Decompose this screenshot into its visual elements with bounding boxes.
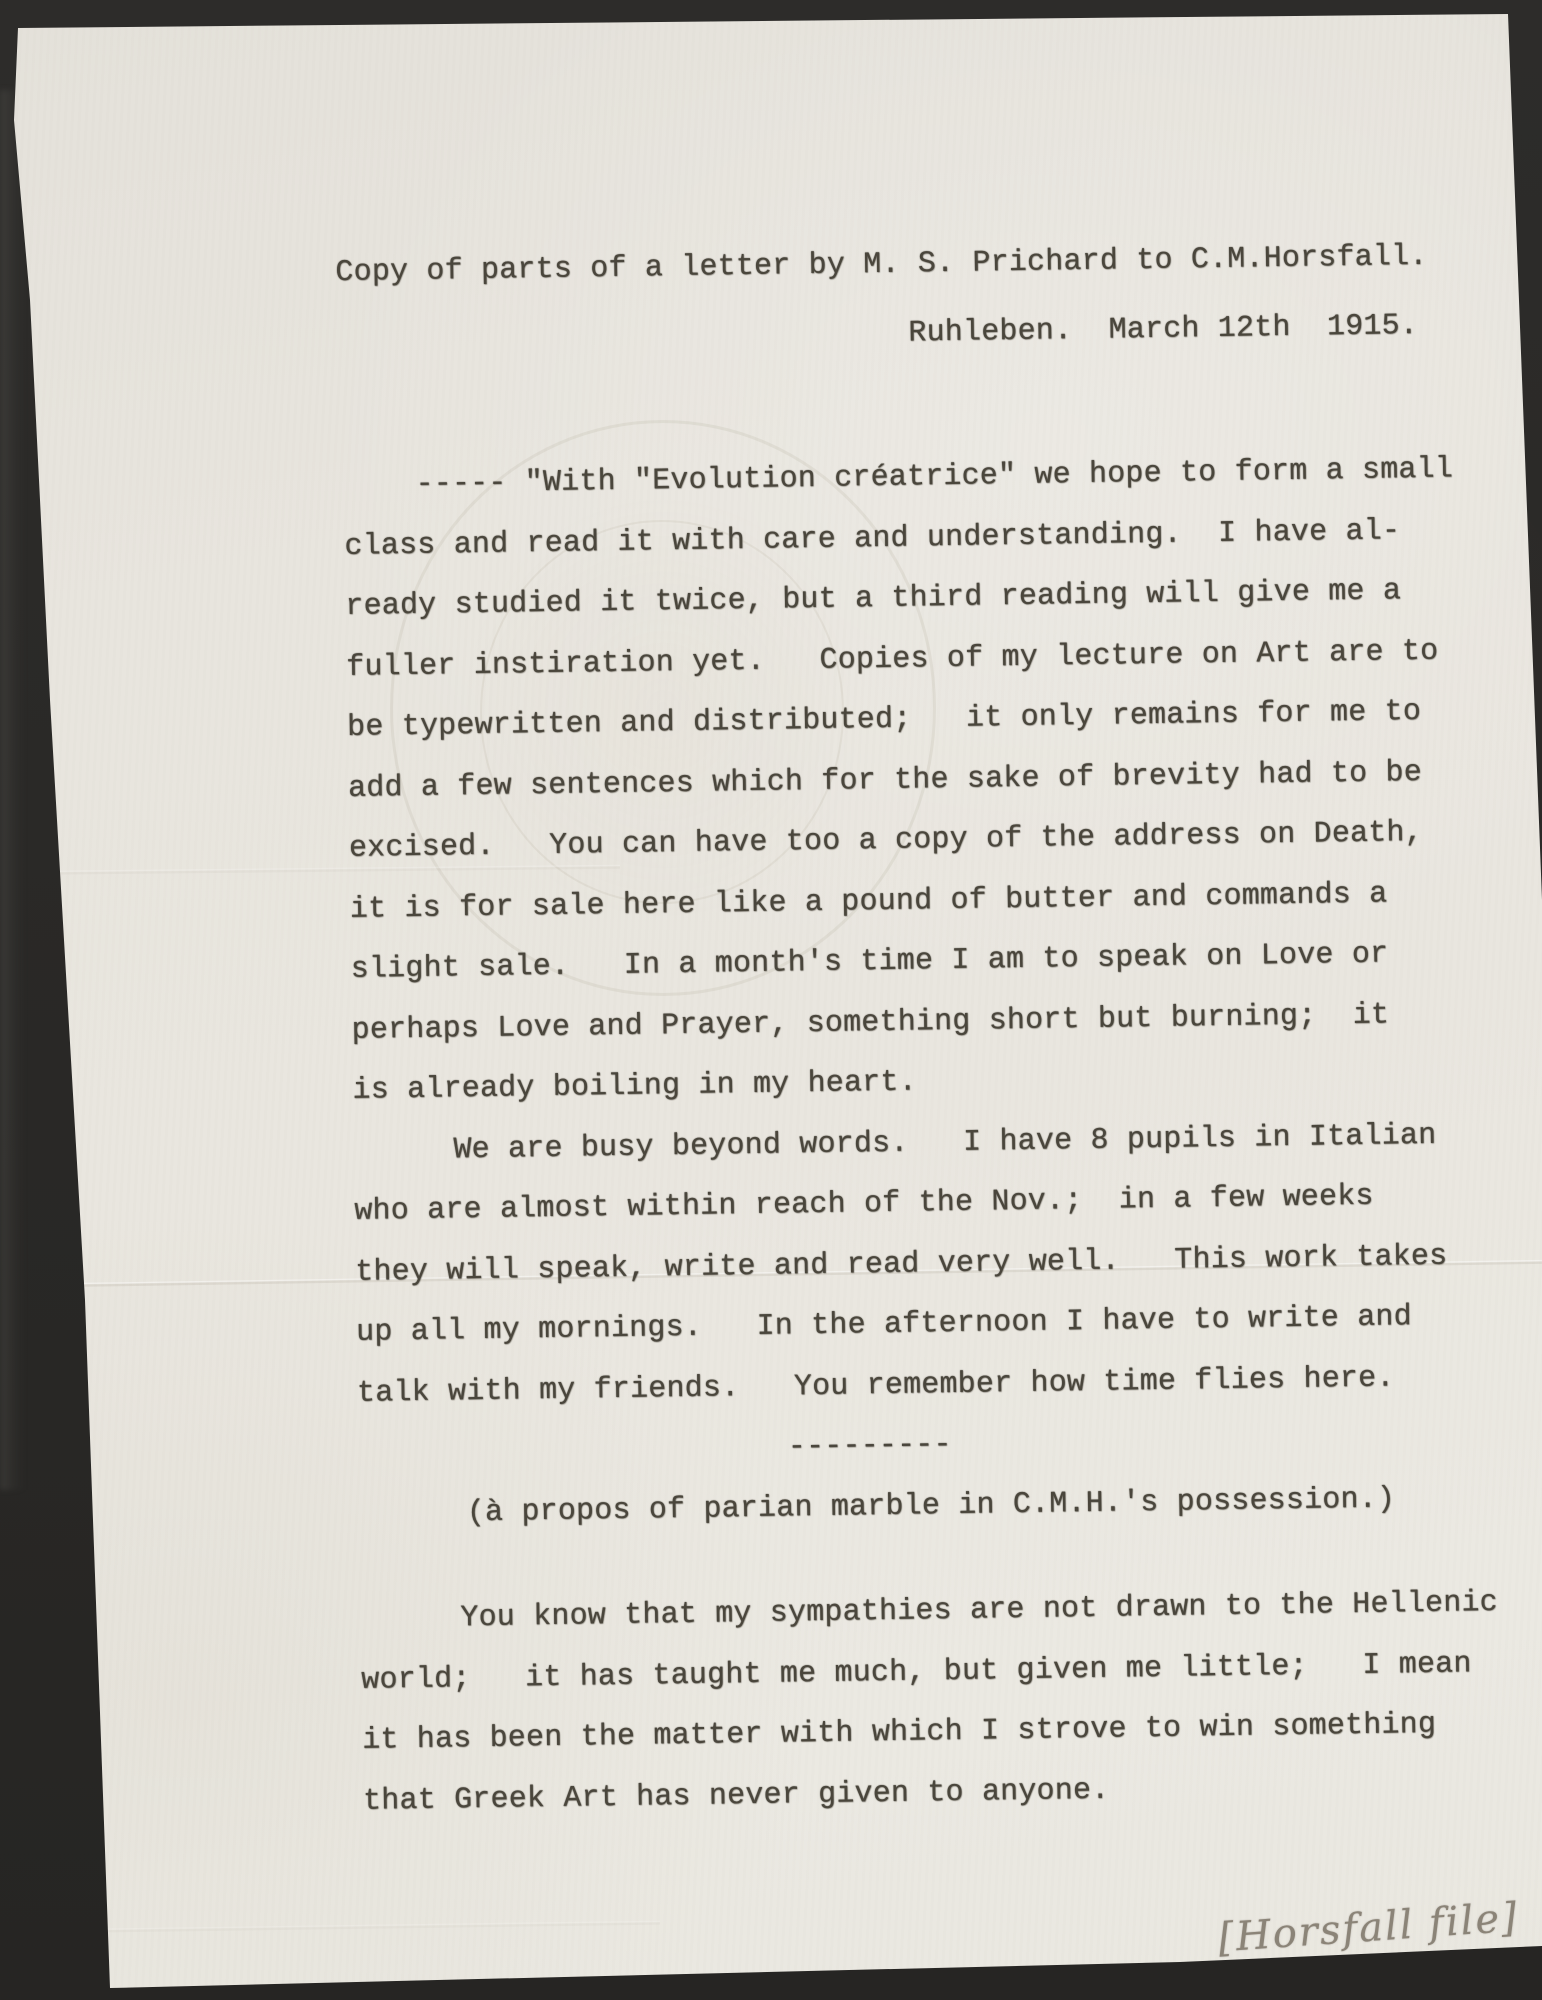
letter-paragraph: You know that my sympathies are not draw…: [360, 1573, 1523, 1832]
typewritten-letter: Copy of parts of a letter by M. S. Prich…: [340, 226, 1523, 1832]
letter-separator: ---------: [787, 1407, 1518, 1478]
letter-dateline: Ruhleben. March 12th 1915.: [908, 294, 1502, 363]
letter-paragraph: We are busy beyond words. I have 8 pupil…: [353, 1104, 1517, 1424]
letter-body: ----- "With "Evolution créatrice" we hop…: [343, 439, 1523, 1832]
letter-paragraph: ----- "With "Evolution créatrice" we hop…: [343, 439, 1513, 1122]
letter-sheet: Copy of parts of a letter by M. S. Prich…: [0, 0, 1542, 2000]
letter-title: Copy of parts of a letter by M. S. Prich…: [335, 226, 1501, 304]
letter-aside: (à propos of parian marble in C.M.H.'s p…: [466, 1467, 1519, 1543]
paper-crease: [40, 1921, 660, 1934]
